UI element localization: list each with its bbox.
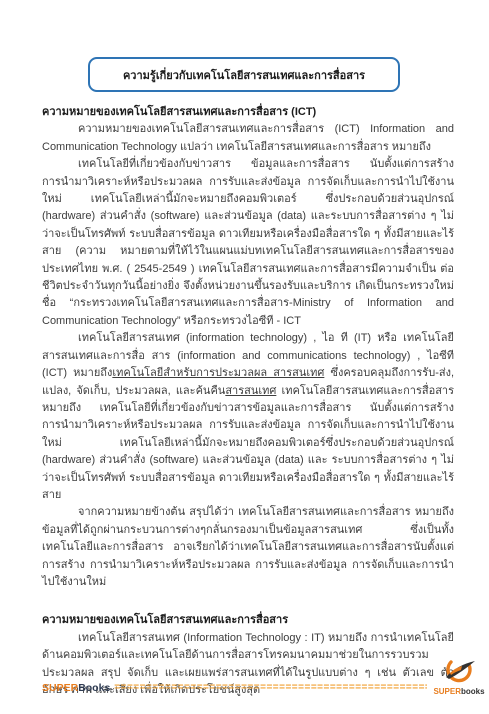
paragraph: ความหมายของเทคโนโลยีสารสนเทศและการสื่อสา… (42, 121, 454, 156)
section-paragraphs: ความหมายของเทคโนโลยีสารสนเทศและการสื่อสา… (42, 121, 454, 591)
title-box: ความรู้เกี่ยวกับเทคโนโลยีสารสนเทศและการส… (88, 57, 400, 92)
footer-logo: SUPERbooks (431, 659, 487, 696)
section-heading: ความหมายของเทคโนโลยีสารสนเทศและการสื่อสา… (42, 104, 454, 121)
swoosh-logo-icon (442, 659, 476, 687)
document-body: ความหมายของเทคโนโลยีสารสนเทศและการสื่อสา… (42, 104, 454, 699)
footer-logo-text: SUPERbooks (433, 687, 484, 696)
paragraph: เทคโนโลยีที่เกี่ยวข้องกับข่าวสาร ข้อมูลแ… (42, 156, 454, 330)
section-ict-definition: ความหมายของเทคโนโลยีสารสนเทศและการสื่อสา… (42, 104, 454, 591)
footer-brand-books: Books (78, 682, 110, 694)
footer-separator-line: ========================================… (114, 682, 427, 694)
paragraph: เทคโนโลยีสารสนเทศ (information technolog… (42, 330, 454, 504)
footer-logo-super: SUPER (433, 687, 461, 696)
page-title: ความรู้เกี่ยวกับเทคโนโลยีสารสนเทศและการส… (123, 66, 365, 84)
footer-logo-books: books (461, 687, 485, 696)
footer-brand-super: SUPER (42, 682, 78, 694)
section-heading: ความหมายของเทคโนโลยีสารสนเทศและการสื่อสา… (42, 612, 454, 629)
footer-brand: SUPERBooks (42, 682, 110, 694)
paragraph: จากความหมายข้างต้น สรุปได้ว่า เทคโนโลยีส… (42, 504, 454, 591)
page-footer: SUPERBooks =============================… (0, 659, 489, 694)
document-page: ความรู้เกี่ยวกับเทคโนโลยีสารสนเทศและการส… (0, 0, 489, 714)
